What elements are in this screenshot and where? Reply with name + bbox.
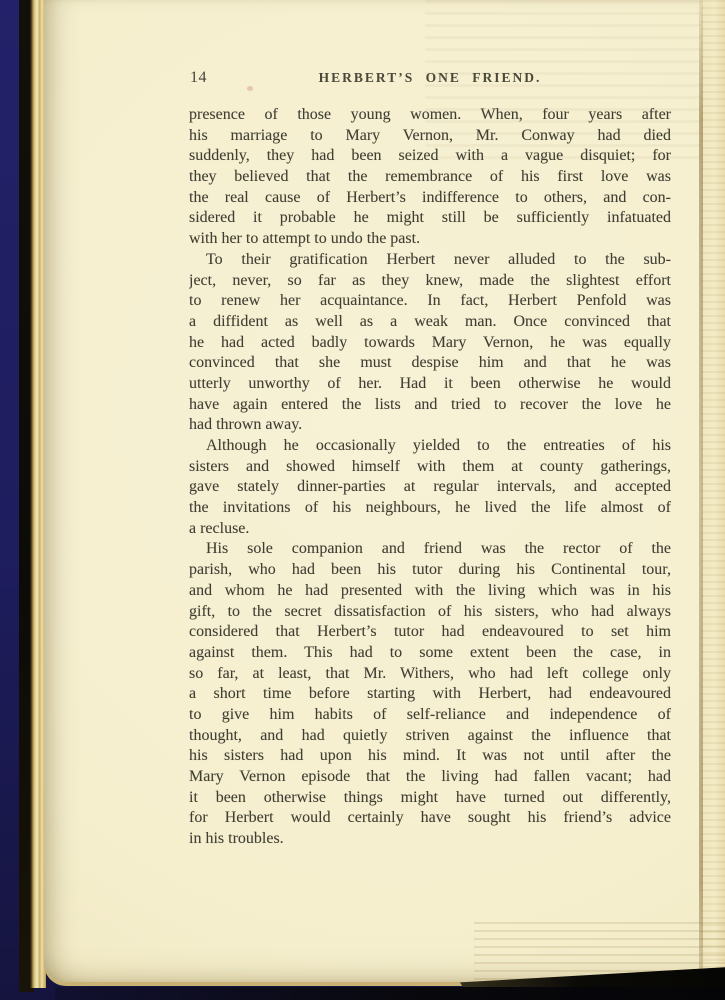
text-line: and whom he had presented with the livin… xyxy=(189,581,671,602)
text-line: convinced that she must despise him and … xyxy=(189,353,671,374)
text-line: To their gratification Herbert never all… xyxy=(189,250,671,271)
book-page: 14 HERBERT’S ONE FRIEND. presence of tho… xyxy=(44,0,725,986)
text-line: so far, at least, that Mr. Withers, who … xyxy=(189,664,671,685)
running-header: HERBERT’S ONE FRIEND. xyxy=(189,70,671,86)
text-line: the real cause of Herbert’s indifference… xyxy=(189,188,671,209)
book-photo: 14 HERBERT’S ONE FRIEND. presence of tho… xyxy=(0,0,725,1000)
text-line: against them. This had to some extent be… xyxy=(189,643,671,664)
text-line: his sisters had upon his mind. It was no… xyxy=(189,746,671,767)
body-text: presence of those young women. When, fou… xyxy=(189,105,671,850)
text-line: they believed that the remembrance of hi… xyxy=(189,167,671,188)
fore-edge xyxy=(701,0,725,982)
text-line: a recluse. xyxy=(189,519,671,540)
text-line: with her to attempt to undo the past. xyxy=(189,229,671,250)
text-line: His sole companion and friend was the re… xyxy=(189,539,671,560)
text-line: his marriage to Mary Vernon, Mr. Conway … xyxy=(189,126,671,147)
text-line: ject, never, so far as they knew, made t… xyxy=(189,271,671,292)
text-line: gift, to the secret dissatisfaction of h… xyxy=(189,602,671,623)
text-line: in his troubles. xyxy=(189,829,671,850)
text-line: had thrown away. xyxy=(189,415,671,436)
text-line: he had acted badly towards Mary Vernon, … xyxy=(189,333,671,354)
text-line: the invitations of his neighbours, he li… xyxy=(189,498,671,519)
fore-edge-crease xyxy=(699,0,703,982)
text-line: utterly unworthy of her. Had it been oth… xyxy=(189,374,671,395)
text-line: for Herbert would certainly have sought … xyxy=(189,808,671,829)
text-line: to give him habits of self-reliance and … xyxy=(189,705,671,726)
text-line: a short time before starting with Herber… xyxy=(189,684,671,705)
text-line: Mary Vernon episode that the living had … xyxy=(189,767,671,788)
text-line: sisters and showed himself with them at … xyxy=(189,457,671,478)
text-line: gave stately dinner-parties at regular i… xyxy=(189,477,671,498)
text-line: parish, who had been his tutor during hi… xyxy=(189,560,671,581)
paper-blemish xyxy=(247,86,253,91)
text-line: have again entered the lists and tried t… xyxy=(189,395,671,416)
text-line: thought, and had quietly striven against… xyxy=(189,726,671,747)
text-line: Although he occasionally yielded to the … xyxy=(189,436,671,457)
text-line: sidered it probable he might still be su… xyxy=(189,208,671,229)
book-cover-bottom xyxy=(55,987,725,1000)
text-line: considered that Herbert’s tutor had ende… xyxy=(189,622,671,643)
text-line: presence of those young women. When, fou… xyxy=(189,105,671,126)
text-line: it been otherwise things might have turn… xyxy=(189,788,671,809)
text-line: to renew her acquaintance. In fact, Herb… xyxy=(189,291,671,312)
text-line: a diffident as well as a weak man. Once … xyxy=(189,312,671,333)
text-line: suddenly, they had been seized with a va… xyxy=(189,146,671,167)
